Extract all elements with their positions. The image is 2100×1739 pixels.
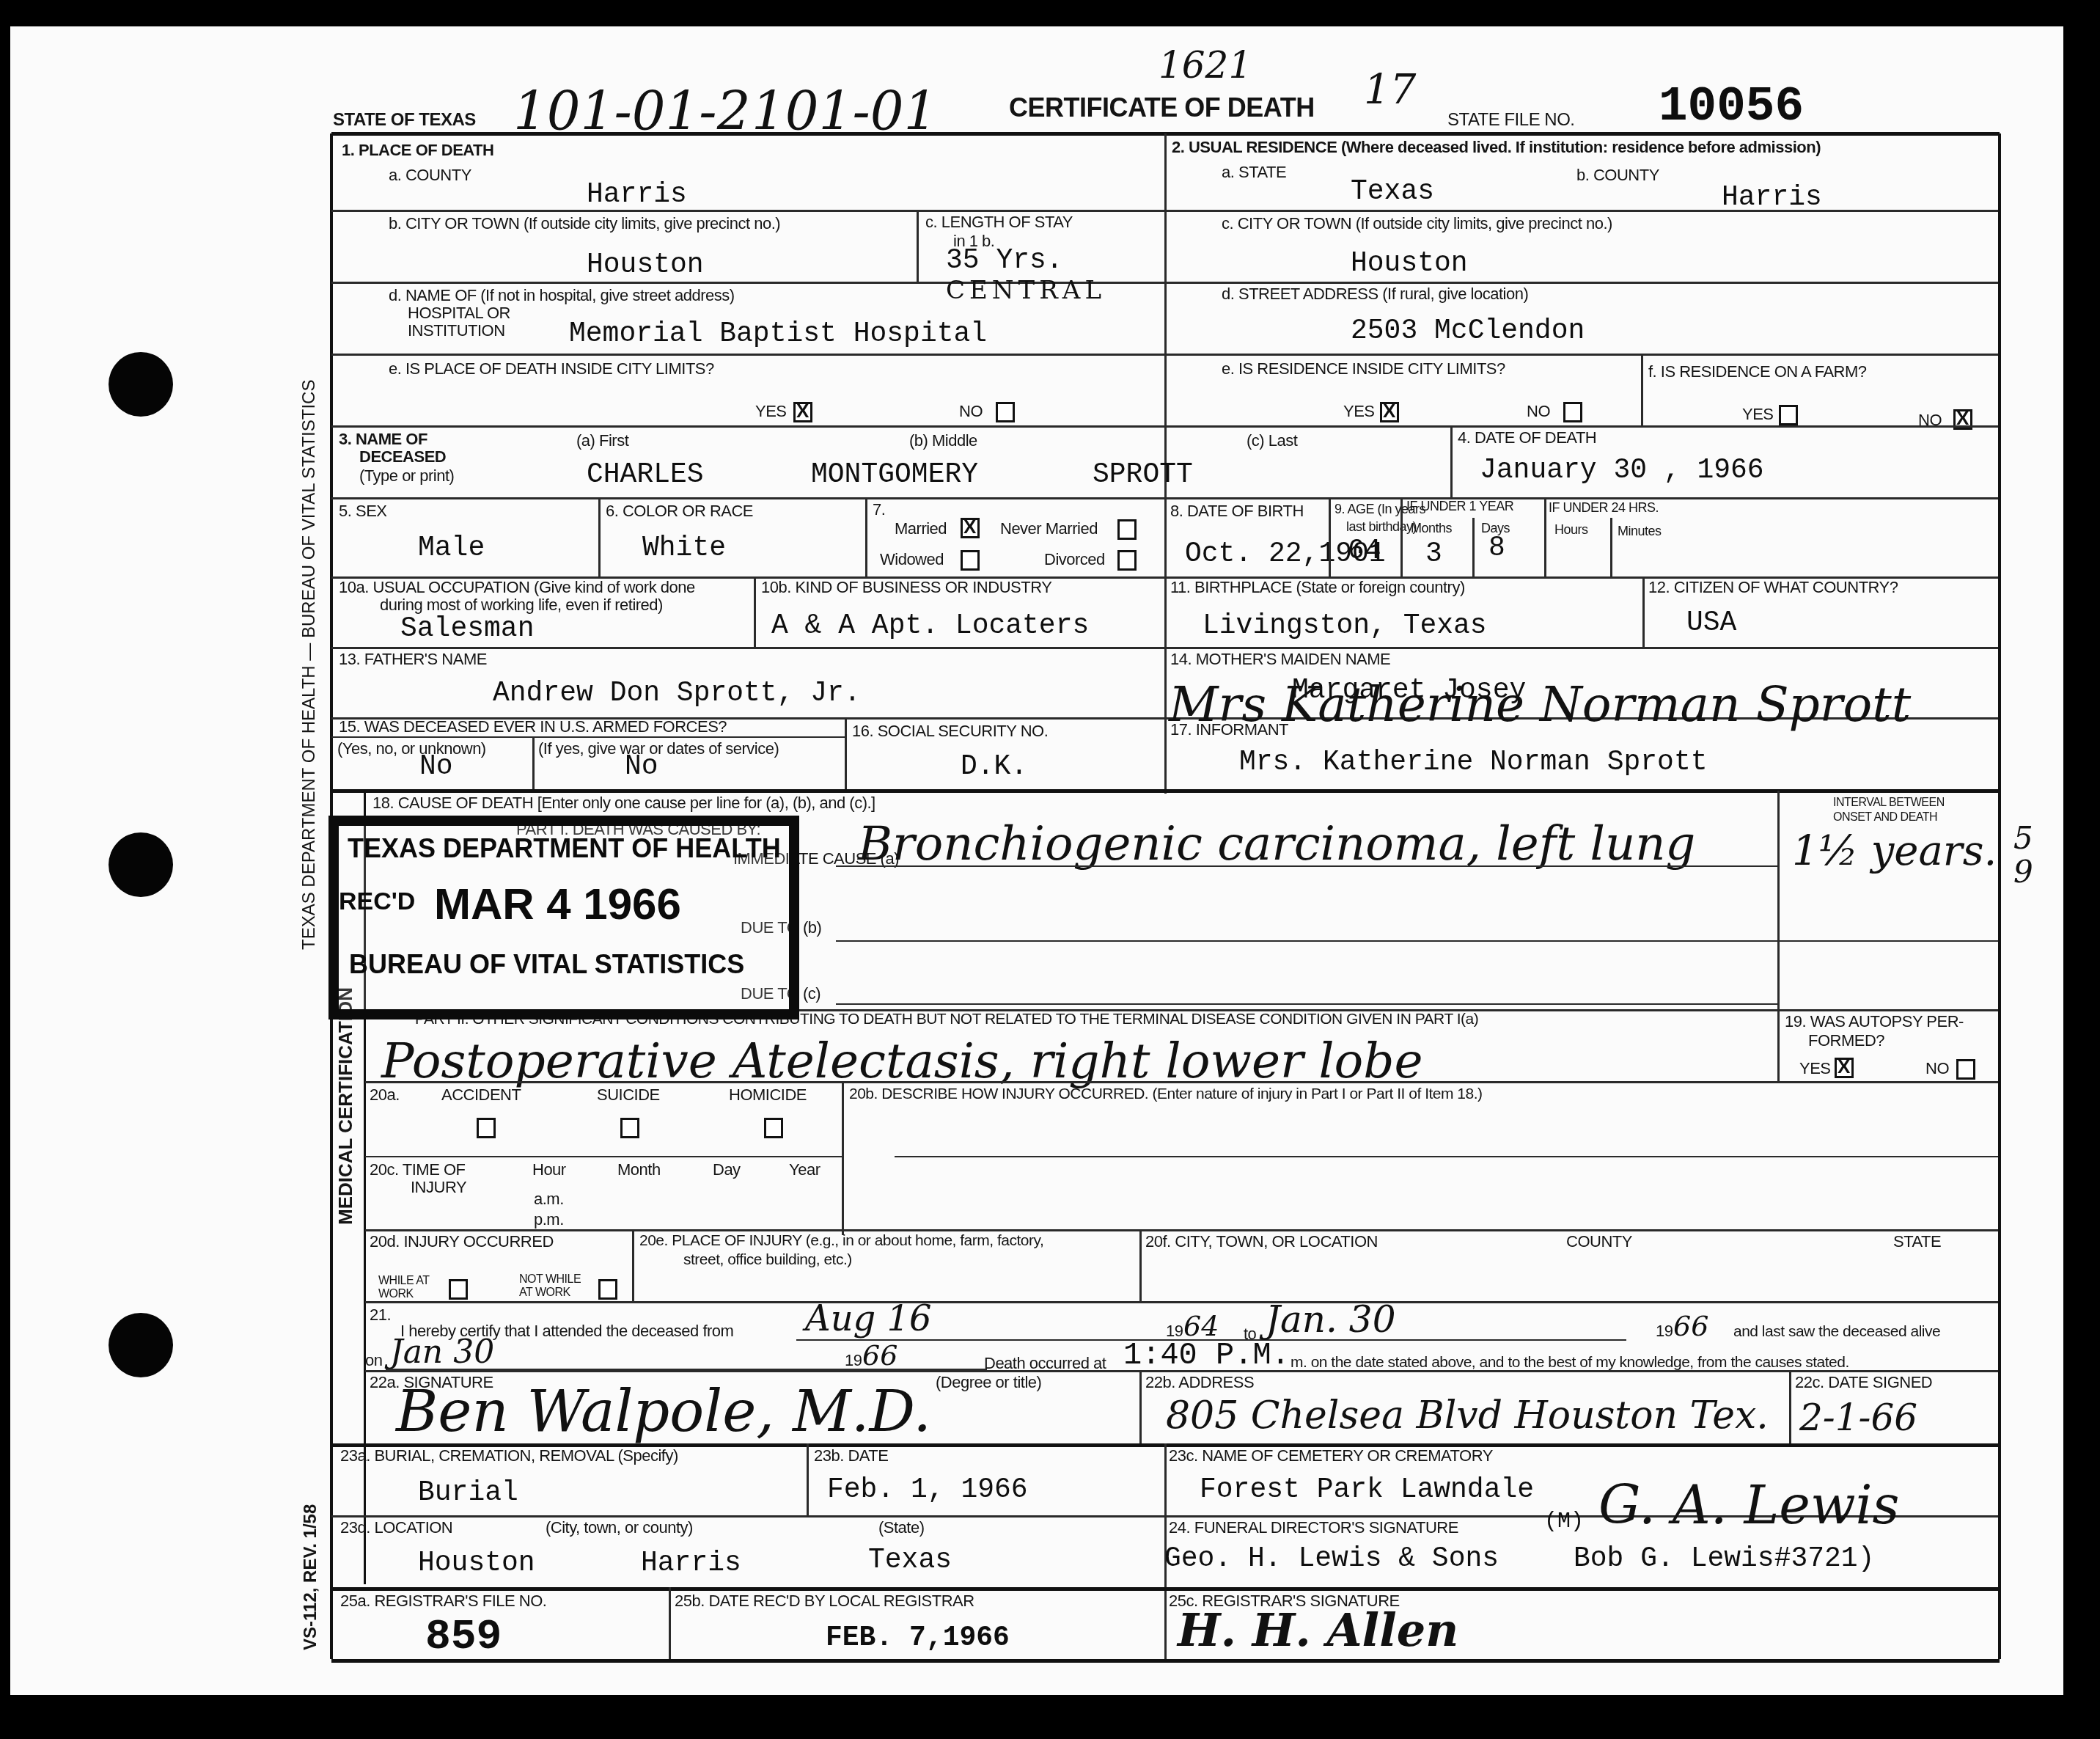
side-text-bureau: TEXAS DEPARTMENT OF HEALTH — BUREAU OF V… [299,380,320,950]
accident-checkbox[interactable] [477,1118,496,1138]
res-inside-city-no-checkbox[interactable] [1563,402,1582,422]
rule [1544,497,1546,578]
no-label: NO [1925,1059,1949,1078]
injury-occurred-label: 20d. INJURY OCCURRED [370,1232,554,1251]
cemetery-label: 23c. NAME OF CEMETERY OR CREMATORY [1169,1446,1493,1465]
rule [1139,1229,1142,1301]
registrar-file-label: 25a. REGISTRAR'S FILE NO. [340,1592,546,1611]
rule [836,1003,1778,1005]
inside-city-no-checkbox[interactable] [996,402,1015,422]
cemetery-name: Forest Park Lawndale [1200,1474,1534,1506]
res-city: Houston [1351,248,1468,279]
rule [842,1081,844,1235]
certification-text-2: and last saw the deceased alive [1733,1323,1940,1341]
pm-label: p.m. [534,1210,564,1229]
suicide-checkbox[interactable] [620,1118,639,1138]
father-name: Andrew Don Sprott, Jr. [493,678,861,709]
while-at-work-label: WHILE AT WORK [378,1275,444,1301]
handwritten-top-2: 17 [1364,66,1416,114]
am-label: a.m. [534,1190,564,1209]
margin-note: 5 9 [2013,821,2035,889]
rule [365,1081,1998,1083]
while-at-work-checkbox[interactable] [449,1279,468,1300]
certification-number: 21. [370,1306,391,1325]
name-label-3: (Type or print) [359,466,454,486]
res-inside-city-yes-checkbox[interactable] [1380,402,1399,422]
funeral-home: Geo. H. Lewis & Sons [1164,1543,1499,1575]
stay-label: c. LENGTH OF STAY [925,213,1073,232]
rule [836,865,1778,867]
divorced-label: Divorced [1044,550,1105,569]
marital-label: 7. [873,500,885,519]
farm-label: f. IS RESIDENCE ON A FARM? [1648,362,1867,381]
yes-label: YES [1799,1059,1831,1078]
months-label: Months [1411,521,1452,536]
describe-injury-label: 20b. DESCRIBE HOW INJURY OCCURRED. (Ente… [849,1085,1483,1103]
rule [895,1156,1998,1157]
hospital-label-2: HOSPITAL OR [408,304,510,323]
rule [1166,354,1998,356]
res-street-label: d. STREET ADDRESS (If rural, give locati… [1222,285,1528,304]
occupation: Salesman [400,613,534,645]
first-name-label: (a) First [576,431,628,450]
local-registrar-date-label: 25b. DATE REC'D BY LOCAL REGISTRAR [675,1592,974,1611]
rule [365,1229,1998,1231]
race: White [642,532,726,564]
rule [331,210,1164,212]
physician-address: 805 Chelsea Blvd Houston Tex. [1166,1394,1769,1438]
on-year-prefix: 19 [845,1351,862,1370]
occupation-label-2: during most of working life, even if ret… [380,596,663,615]
rule [331,789,1998,793]
rule [1166,282,1998,284]
occupation-label: 10a. USUAL OCCUPATION (Give kind of work… [339,578,695,597]
death-county: Harris [587,179,687,210]
minutes-label: Minutes [1618,524,1662,539]
months: 3 [1425,538,1442,570]
injury-type-label: 20a. [370,1085,400,1105]
last-seen-year: 66 [862,1339,897,1372]
last-name-label: (c) Last [1247,431,1297,450]
armed-sub-label-1: (Yes, no, or unknown) [337,739,486,758]
never-married-checkbox[interactable] [1117,519,1137,540]
name-label: 3. NAME OF [339,430,427,449]
disposition-method-label: 23a. BURIAL, CREMATION, REMOVAL (Specify… [340,1446,678,1465]
stamp-dept: TEXAS DEPARTMENT OF HEALTH [348,833,781,864]
rule [1450,425,1453,499]
autopsy-label: 19. WAS AUTOPSY PER- [1785,1012,1964,1031]
informant-signature: Mrs Katherine Norman Sprott [1169,676,1911,733]
sex-label: 5. SEX [339,502,386,521]
handwritten-top-1: 1621 [1159,44,1252,87]
rule [1789,1370,1791,1443]
hospital-label-3: INSTITUTION [408,321,505,340]
social-security-no: D.K. [961,751,1027,783]
rule [917,210,919,283]
yes-label: YES [755,402,787,421]
date-of-death-label: 4. DATE OF DEATH [1458,428,1596,447]
length-of-stay: 35 Yrs. [946,245,1063,277]
armed-service: No [625,751,658,783]
year-label: Year [789,1160,820,1179]
last-seen-date: Jan 30 [390,1333,494,1371]
rule [331,736,845,738]
attended-to: Jan. 30 [1266,1298,1395,1341]
stamp-date: MAR 4 1966 [434,879,681,929]
location-sub-label-2: (State) [878,1518,925,1537]
res-inside-city-label: e. IS RESIDENCE INSIDE CITY LIMITS? [1222,359,1505,378]
married-checkbox[interactable] [961,518,980,538]
mother-label: 14. MOTHER'S MAIDEN NAME [1170,650,1390,669]
local-registrar-date: FEB. 7,1966 [826,1622,1010,1654]
armed-forces-label: 15. WAS DECEASED EVER IN U.S. ARMED FORC… [339,717,727,736]
not-while-at-work-label: NOT WHILE AT WORK [519,1273,592,1300]
rule [1998,133,2001,1659]
res-state-label: a. STATE [1222,163,1286,182]
on-label: on [365,1351,382,1370]
dob-label: 8. DATE OF BIRTH [1170,502,1304,521]
suicide-label: SUICIDE [597,1085,660,1105]
physician-signature: Ben Walpole, M.D. [396,1379,931,1445]
armed-forces: No [419,751,453,783]
homicide-checkbox[interactable] [764,1118,783,1138]
attended-from: Aug 16 [805,1298,932,1339]
no-label: NO [959,402,983,421]
birthplace-label: 11. BIRTHPLACE (State or foreign country… [1170,578,1465,597]
place-of-injury-label-2: street, office building, etc.) [683,1251,852,1269]
binder-hole [109,832,173,897]
hours-label: Hours [1554,522,1588,538]
birthplace: Livingston, Texas [1203,610,1487,642]
inside-city-label: e. IS PLACE OF DEATH INSIDE CITY LIMITS? [389,359,714,378]
rule [532,736,535,789]
rule [1329,497,1331,578]
rule [754,576,756,648]
time-of-injury-label: 20c. TIME OF [370,1160,466,1179]
rule [365,1301,1998,1303]
certification-text-3: m. on the date stated above, and to the … [1291,1354,1849,1372]
rule [365,1370,1998,1372]
stamp-bureau: BUREAU OF VITAL STATISTICS [349,949,744,980]
hospital-name: Memorial Baptist Hospital [569,318,987,350]
date-signed: 2-1-66 [1799,1396,1917,1439]
registrar-signature: H. H. Allen [1178,1603,1458,1657]
city-label: b. CITY OR TOWN (If outside city limits,… [389,214,780,233]
interval-label: INTERVAL BETWEEN [1833,797,1945,810]
funeral-director-name: Bob G. Lewis#3721) [1574,1543,1874,1575]
rule [1472,518,1475,578]
disposition-method: Burial [418,1477,518,1509]
date-of-death: January 30 , 1966 [1480,455,1764,486]
disposition-date-label: 23b. DATE [814,1446,888,1465]
rule [331,1587,1998,1591]
rule [1642,576,1645,648]
hospital-note: CENTRAL [946,276,1106,305]
location-label: 23d. LOCATION [340,1518,452,1537]
place-of-death-label: 1. PLACE OF DEATH [342,141,493,160]
under-24-hrs-label: IF UNDER 24 HRS. [1549,500,1659,516]
rule [331,354,1164,356]
place-of-injury-label: 20e. PLACE OF INJURY (e.g., in or about … [639,1232,1043,1250]
informant-name: Mrs. Katherine Norman Sprott [1239,747,1708,778]
autopsy-label-2: FORMED? [1808,1031,1884,1050]
age-label-2: last birthday) [1346,519,1417,535]
rule [632,1229,634,1301]
rule [1777,1009,1780,1083]
res-city-label: c. CITY OR TOWN (If outside city limits,… [1222,214,1612,233]
location-county: Harris [641,1548,741,1579]
homicide-label: HOMICIDE [729,1085,807,1105]
rule [1164,497,1167,578]
res-street: 2503 McClendon [1351,315,1585,347]
inside-city-yes-checkbox[interactable] [793,402,812,422]
autopsy-no-checkbox[interactable] [1956,1059,1975,1080]
rule [598,497,601,578]
divorced-checkbox[interactable] [1117,550,1137,571]
rule [331,1659,2000,1663]
married-label: Married [895,519,947,538]
day-label: Day [713,1160,741,1179]
state-file-no: 10056 [1659,79,1804,134]
received-stamp: TEXAS DEPARTMENT OF HEALTH REC'D MAR 4 1… [328,816,799,1019]
res-county-label: b. COUNTY [1576,166,1659,185]
farm-yes-checkbox[interactable] [1779,405,1798,425]
funeral-director-label: 24. FUNERAL DIRECTOR'S SIGNATURE [1169,1518,1458,1537]
injury-city-label: 20f. CITY, TOWN, OR LOCATION [1145,1232,1378,1251]
race-label: 6. COLOR OR RACE [606,502,753,521]
disposition-date: Feb. 1, 1966 [827,1474,1028,1506]
armed-sub-label-2: (If yes, give war or dates of service) [538,739,779,758]
time-of-death: 1:40 P.M. [1123,1338,1290,1373]
business-label: 10b. KIND OF BUSINESS OR INDUSTRY [761,578,1051,597]
location-city: Houston [418,1548,535,1579]
middle-name-label: (b) Middle [909,431,977,450]
binder-hole [109,1313,173,1377]
ssn-label: 16. SOCIAL SECURITY NO. [852,722,1048,741]
first-name: CHARLES [587,459,704,491]
hour-label: Hour [532,1160,566,1179]
widowed-label: Widowed [880,550,944,569]
father-label: 13. FATHER'S NAME [339,650,487,669]
rule [865,497,867,578]
location-state: Texas [868,1545,952,1576]
middle-name: MONTGOMERY [811,459,978,491]
rule [836,940,1998,942]
immediate-cause: Bronchiogenic carcinoma, left lung [858,817,1695,871]
rule [1641,354,1643,427]
rule [1166,210,1998,212]
month-label: Month [617,1160,661,1179]
autopsy-yes-checkbox[interactable] [1835,1058,1854,1078]
yes-label: YES [1742,405,1774,424]
last-name: SPROTT [1093,459,1193,491]
interval-label-2: ONSET AND DEATH [1833,811,1937,824]
funeral-director-signature: G. A. Lewis [1598,1474,1900,1536]
degree-label: (Degree or title) [936,1373,1041,1392]
citizen-label: 12. CITIZEN OF WHAT COUNTRY? [1648,578,1898,597]
registrar-file-no: 859 [425,1614,502,1661]
stamp-recd: REC'D [339,887,415,916]
county-label: a. COUNTY [389,166,471,185]
widowed-checkbox[interactable] [961,550,980,571]
sex: Male [418,532,485,564]
not-while-at-work-checkbox[interactable] [598,1279,617,1300]
rule [365,1156,842,1157]
side-text-medical: MEDICAL CERTIFICATION [334,987,357,1225]
hospital-label: d. NAME OF (If not in hospital, give str… [389,286,735,305]
address-label: 22b. ADDRESS [1145,1373,1254,1392]
funeral-mark: (M) [1544,1509,1584,1534]
cause-section-label: 18. CAUSE OF DEATH [Enter only one cause… [372,794,875,813]
state-file-no-label: STATE FILE NO. [1447,110,1574,131]
rule [1610,518,1612,578]
rule [807,1443,809,1517]
attended-to-year: 66 [1673,1310,1708,1342]
date-signed-label: 22c. DATE SIGNED [1795,1373,1932,1392]
res-state: Texas [1351,176,1434,208]
rule [1777,791,1780,1009]
binder-hole [109,352,173,417]
residence-label: 2. USUAL RESIDENCE (Where deceased lived… [1172,138,1821,157]
injury-county-label: COUNTY [1566,1232,1632,1251]
age: 64 [1348,535,1381,567]
form-number: VS-112, REV. 1/58 [301,1504,321,1650]
rule [331,647,1998,649]
rule [331,425,1998,428]
under-1-year-label: IF UNDER 1 YEAR [1406,499,1513,514]
onset-interval: 1½ years. [1792,827,1997,875]
state-label: STATE OF TEXAS [333,110,476,131]
to-year-prefix: 19 [1656,1322,1673,1341]
accident-label: ACCIDENT [441,1085,521,1105]
time-of-injury-label-2: INJURY [411,1178,466,1197]
never-married-label: Never Married [1000,519,1098,538]
yes-label: YES [1343,402,1375,421]
certificate-title: CERTIFICATE OF DEATH [1009,92,1315,123]
citizenship: USA [1686,607,1736,639]
no-label: NO [1527,402,1550,421]
death-city: Houston [587,249,704,281]
rule [845,717,847,789]
rule [669,1587,671,1659]
rule [1139,1370,1142,1443]
days: 8 [1488,532,1505,564]
injury-state-label: STATE [1893,1232,1941,1251]
res-county: Harris [1722,182,1822,213]
business: A & A Apt. Locaters [771,610,1089,642]
rule [1400,497,1403,578]
location-sub-label-1: (City, town, or county) [546,1518,693,1537]
name-label-2: DECEASED [359,447,446,466]
